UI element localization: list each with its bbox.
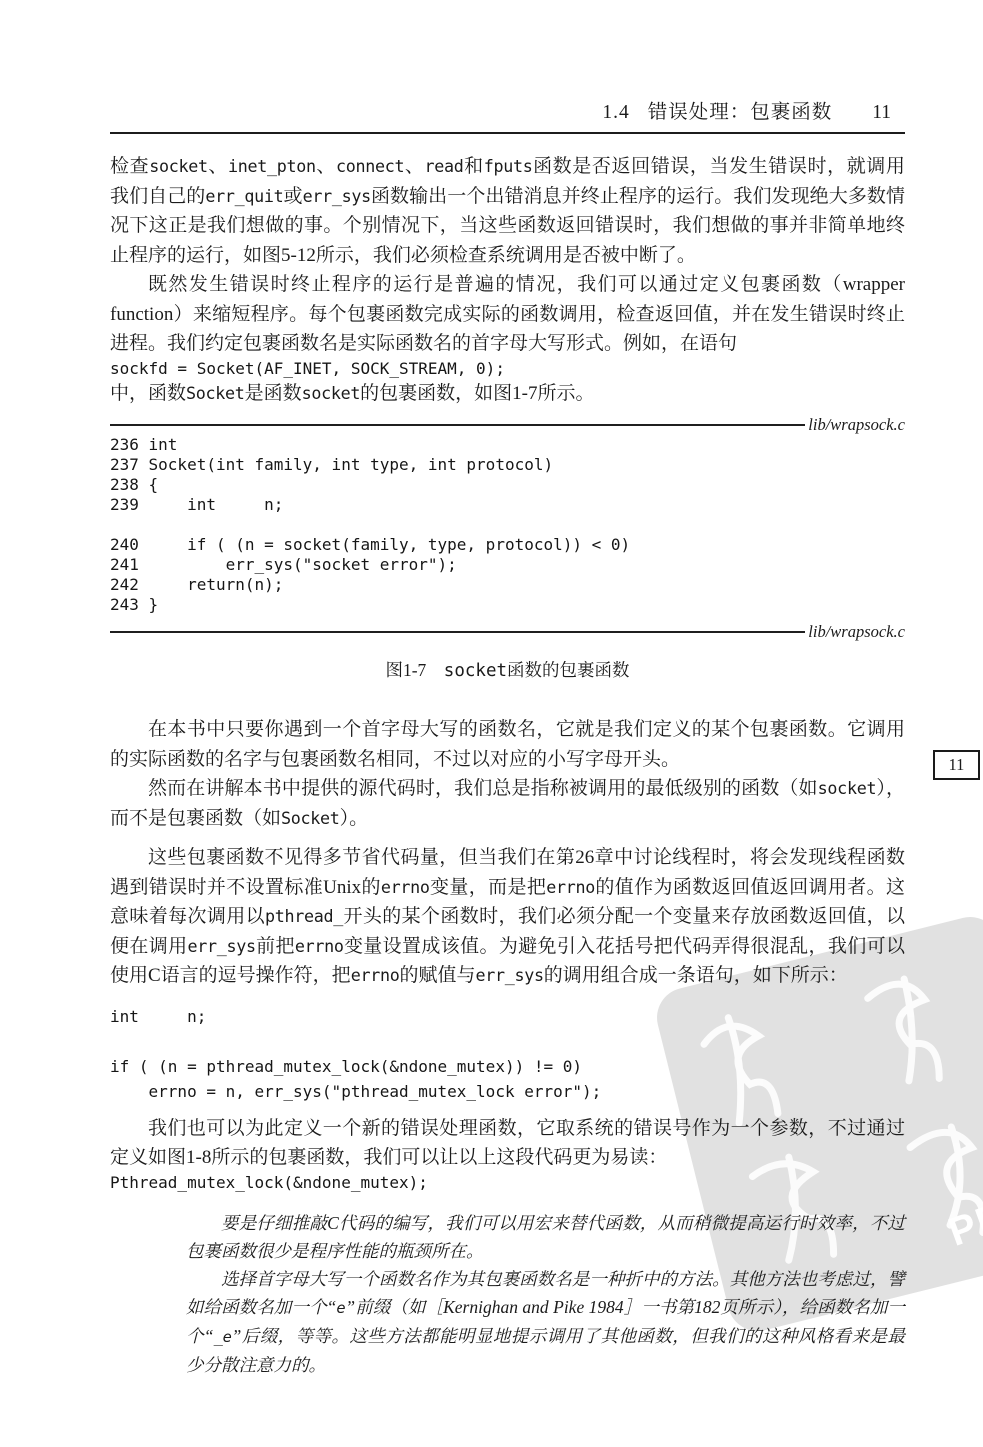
code-snippet-pthread-wrapper: Pthread_mutex_lock(&ndone_mutex); (110, 1173, 905, 1193)
paragraph: 检查socket、inet_pton、connect、read和fputs函数是… (110, 152, 905, 270)
listing-bottom-rule: lib/wrapsock.c (110, 622, 905, 642)
code-snippet-pthread: int n; if ( (n = pthread_mutex_lock(&ndo… (110, 1004, 905, 1104)
code-listing-wrapsock: 236 int 237 Socket(int family, int type,… (110, 435, 905, 615)
listing-source-label: lib/wrapsock.c (805, 622, 905, 642)
header-rule (110, 132, 905, 134)
running-head: 1.4 错误处理：包裹函数 11 (110, 96, 905, 124)
paragraph: 中，函数Socket是函数socket的包裹函数，如图1-7所示。 (110, 379, 905, 409)
horizontal-rule (110, 424, 805, 426)
paragraph: 然而在讲解本书中提供的源代码时，我们总是指称被调用的最低级别的函数（如socke… (110, 774, 905, 833)
book-page: PDG 11 1.4 错误处理：包裹函数 11 检查socket、inet_pt… (0, 0, 983, 1447)
paragraph: 这些包裹函数不见得多节省代码量，但当我们在第26章中讨论线程时，将会发现线程函数… (110, 843, 905, 991)
note-block: 要是仔细推敲C代码的编写，我们可以用宏来替代函数，从而稍微提高运行时效率，不过包… (186, 1209, 905, 1379)
paragraph: 既然发生错误时终止程序的运行是普遍的情况，我们可以通过定义包裹函数（wrappe… (110, 270, 905, 359)
margin-page-marker: 11 (933, 750, 980, 780)
listing-source-label: lib/wrapsock.c (805, 415, 905, 435)
section-number: 1.4 (602, 102, 629, 124)
code-snippet-sockfd: sockfd = Socket(AF_INET, SOCK_STREAM, 0)… (110, 359, 905, 379)
figure-caption: 图1-7 socket函数的包裹函数 (110, 657, 905, 682)
page-number: 11 (872, 102, 891, 124)
listing-top-rule: lib/wrapsock.c (110, 415, 905, 435)
paragraph: 在本书中只要你遇到一个首字母大写的函数名，它就是我们定义的某个包裹函数。它调用的… (110, 715, 905, 774)
section-title: 错误处理：包裹函数 (648, 96, 833, 124)
horizontal-rule (110, 631, 805, 633)
note-paragraph: 要是仔细推敲C代码的编写，我们可以用宏来替代函数，从而稍微提高运行时效率，不过包… (186, 1209, 905, 1265)
page-content: 1.4 错误处理：包裹函数 11 检查socket、inet_pton、conn… (110, 0, 905, 1379)
note-paragraph: 选择首字母大写一个函数名作为其包裹函数名是一种折中的方法。其他方法也考虑过，譬如… (186, 1265, 905, 1379)
paragraph: 我们也可以为此定义一个新的错误处理函数，它取系统的错误号作为一个参数，不过通过定… (110, 1114, 905, 1173)
